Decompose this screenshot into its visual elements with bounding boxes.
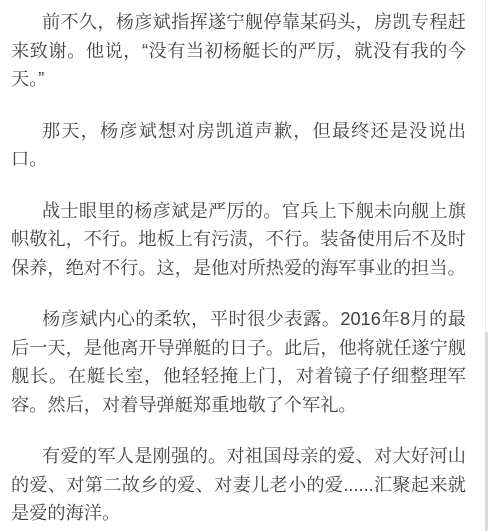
scrollbar-thumb[interactable] [485,332,488,531]
paragraph: 有爱的军人是刚强的。对祖国母亲的爱、对大好河山的爱、对第二故乡的爱、对妻儿老小的… [11,442,466,528]
paragraph: 前不久，杨彦斌指挥遂宁舰停靠某码头，房凯专程赶来致谢。他说，“没有当初杨艇长的严… [11,8,466,94]
paragraph: 那天，杨彦斌想对房凯道声歉，但最终还是没说出口。 [11,117,466,174]
paragraph: 战士眼里的杨彦斌是严厉的。官兵上下舰未向舰上旗帜敬礼，不行。地板上有污渍，不行。… [11,197,466,283]
article-page: 前不久，杨彦斌指挥遂宁舰停靠某码头，房凯专程赶来致谢。他说，“没有当初杨艇长的严… [0,0,491,531]
paragraph: 杨彦斌内心的柔软，平时很少表露。2016年8月的最后一天，是他离开导弹艇的日子。… [11,305,466,419]
article-body: 前不久，杨彦斌指挥遂宁舰停靠某码头，房凯专程赶来致谢。他说，“没有当初杨艇长的严… [0,0,491,528]
